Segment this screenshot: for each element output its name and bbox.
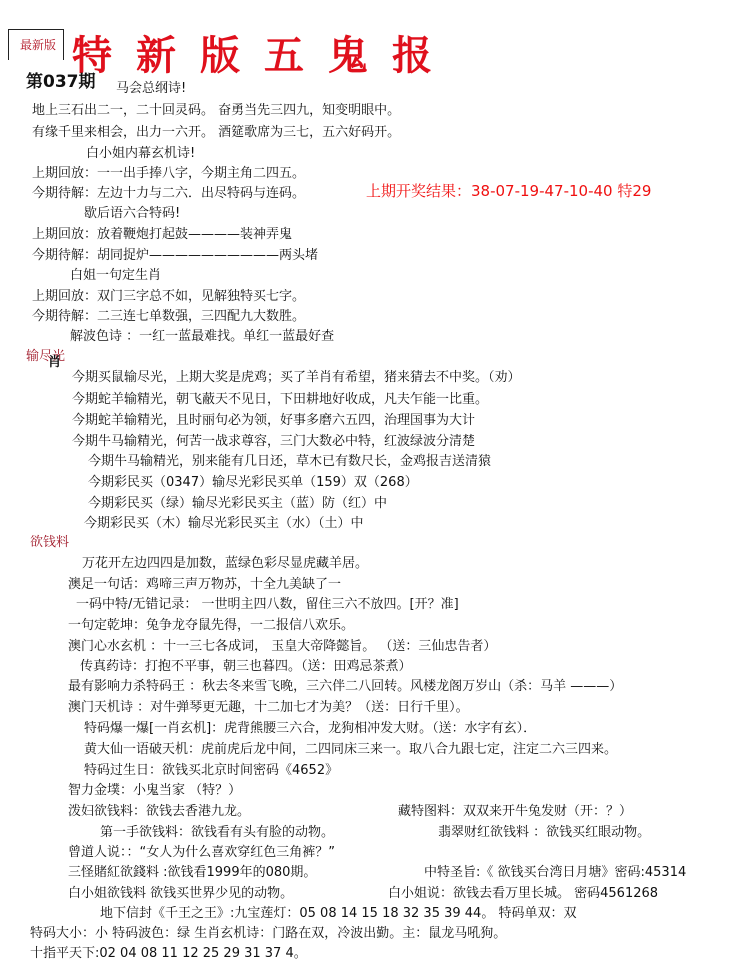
result-special: 特29: [617, 182, 651, 200]
last-review: 上期回放：放着鞭炮打起鼓————装神弄鬼: [32, 228, 292, 241]
list-item: 传真药诗：打抱不平事，朝三也暮四。（送：田鸡忌茶煮）: [80, 660, 412, 673]
to-solve: 今期待解：胡同捉炉——————————两头堵: [32, 249, 318, 262]
pair-right: 中特圣旨:《 欲钱买台湾日月塘》密码:45314: [424, 866, 686, 879]
poem-line: 地上三石出二一，二十回灵码。 奋勇当先三四九，知变明眼中。: [32, 104, 400, 117]
page-title: 特新版五鬼报: [72, 24, 456, 81]
list-item: 最有影响力杀特码王 ：秋去冬来雪飞晚，三六伴二八回转。风楼龙阁万岁山（杀：马羊 …: [68, 680, 622, 693]
overlay-char: 肖: [48, 356, 61, 369]
list-item: 今期彩民买（0347）输尽光彩民买单（159）双（268）: [88, 476, 418, 489]
latest-edition-badge: 最新版: [8, 29, 64, 60]
list-item: 今期彩民买（木）输尽光彩民买主（水）（土）中: [84, 517, 364, 530]
underground-letter: 地下信封《千王之王》:九宝莲灯：05 08 14 15 18 32 35 39 …: [100, 907, 576, 920]
pair-right: 翡翠财红欲钱料 ：欲钱买红眼动物。: [438, 826, 650, 839]
list-item: 今期蛇羊输精光，且时丽句必为领，好事多磨六五四，治理国事为大计: [72, 414, 475, 427]
result-label: 上期开奖结果：: [366, 182, 471, 200]
list-item: 黄大仙一语破天机：虎前虎后龙中间，二四同床三来一。取八合九跟七定，注定二六三四来…: [84, 743, 617, 756]
list-item: 今期彩民买（绿）输尽光彩民买主（蓝）防（红）中: [88, 497, 387, 510]
list-item: 澳足一句话：鸡啼三声万物苏，十全九美缺了一: [68, 578, 341, 591]
section-title: 白姐一句定生肖: [70, 269, 161, 282]
pair-left: 泼妇欲钱料：欲钱去香港九龙。: [68, 805, 250, 818]
to-solve: 今期待解：二三连七单数强，三四配九大数胜。: [32, 310, 305, 323]
list-item: 一码中特/无错记录： 一世明主四八数，留住三六不放四。[开？准]: [76, 598, 459, 611]
poem-line: 有缘千里来相会，出力一六开。 酒筵歌席为三七，五六好码开。: [32, 126, 400, 139]
section-label-yuqianliao: 欲钱料: [30, 536, 69, 549]
list-item: 智力金墣：小鬼当家 （特？）: [68, 784, 241, 797]
list-item: 特码爆一爆[一肖玄机]：虎背熊腰三六合，龙狗相冲发大财。（送：水字有玄）．: [84, 722, 536, 735]
special-size-color: 特码大小：小 特码波色：绿 生肖玄机诗：门路在双，冷波出勤。主：鼠龙马吼狗。: [30, 927, 506, 940]
ten-fingers-numbers: 十指平天下:02 04 08 11 12 25 29 31 37 4。: [30, 947, 307, 960]
to-solve: 今期待解：左边十力与二六．出尽特码与连码。: [32, 187, 305, 200]
list-item: 澳门心水玄机 ：十一三七各成词， 玉皇大帝降懿旨。 （送：三仙忠告者）: [68, 640, 496, 653]
pair-left: 白小姐欲钱料 欲钱买世界少见的动物。: [68, 887, 293, 900]
list-item: 一句定乾坤：兔争龙夺鼠先得，一二报信八欢乐。: [68, 619, 354, 632]
section-title: 歇后语六合特码!: [84, 207, 180, 220]
pair-left: 三怪賭紅欲錢料 :欲钱看1999年的080期。: [68, 866, 316, 879]
list-item: 今期蛇羊输精光，朝飞蔽天不见日，下田耕地好收成，凡夫乍能一比重。: [72, 393, 488, 406]
badge-label: 最新版: [20, 36, 56, 53]
last-review: 上期回放：一一出手捧八字，今期主角二四五。: [32, 167, 305, 180]
last-review: 上期回放：双门三字总不如，见解独特买七字。: [32, 290, 305, 303]
pair-right: 白小姐说：欲钱去看万里长城。 密码4561268: [388, 887, 658, 900]
list-item: 万花开左边四四是加数，蓝绿色彩尽显虎藏羊居。: [82, 557, 368, 570]
list-item: 今期牛马输精光，别来能有几日还，草木已有数尺长，金鸡报吉送清猿: [88, 455, 491, 468]
wave-color-poem: 解波色诗 ：一红一蓝最难找。单红一蓝最好查: [70, 330, 334, 343]
last-draw-result: 上期开奖结果：38-07-19-47-10-40 特29: [366, 184, 651, 199]
pair-right: 藏特图料：双双来开牛兔发财（开：？）: [398, 805, 632, 818]
list-item: 澳门天机诗 ：对牛弹琴更无趣，十二加七才为美？（送：日行千里）。: [68, 701, 469, 714]
pair-left: 第一手欲钱料：欲钱看有头有脸的动物。: [100, 826, 334, 839]
result-numbers: 38-07-19-47-10-40: [471, 182, 613, 200]
list-item: 今期牛马输精光，何苦一战求尊容，三门大数必中特，红波绿波分清楚: [72, 435, 475, 448]
list-item: 特码过生日：欲钱买北京时间密码《4652》: [84, 764, 338, 777]
issue-number: 第037期: [26, 74, 96, 91]
daoren-saying: 曾道人说：：“女人为什么喜欢穿红色三角裤？”: [68, 846, 335, 859]
poem-title: 马会总纲诗!: [116, 82, 186, 95]
list-item: 今期买鼠输尽光，上期大奖是虎鸡；买了羊肖有希望，猪来猜去不中奖。（劝）: [72, 371, 521, 384]
section-title: 白小姐内幕玄机诗!: [86, 147, 195, 160]
